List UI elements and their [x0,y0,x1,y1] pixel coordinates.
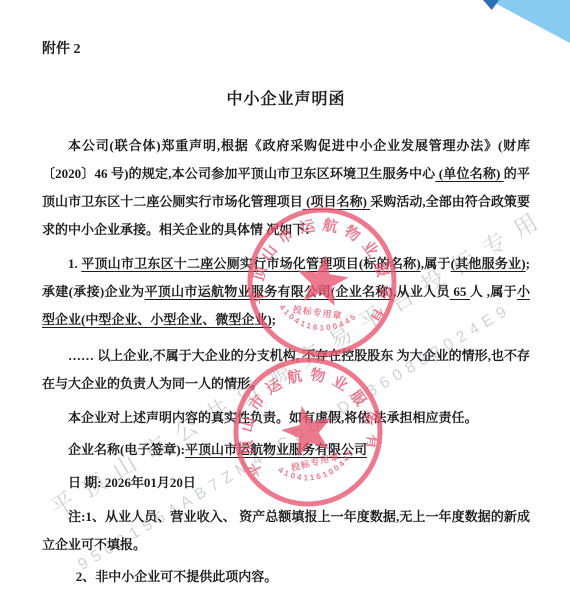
paragraph-not-large-enterprise: …… 以上企业,不属于大企业的分支机构, 不存在控股股东 为大企业的情形,也不存… [42,342,530,398]
paragraph-enterprise-detail: 1. 平顶山市卫东区十二座公厕实行市场化管理项目(标的名称),属于(其他服务业)… [42,250,530,334]
underlined-field: 平顶山市卫东区十二座公厕实行市场化管理项目(标的名称) [81,256,420,271]
attachment-label: 附件 2 [42,36,530,64]
note-1: 注:1、从业人员、营业收入、 资产总额填报上一年度数据,无上一年度数据的新成立企… [42,503,530,559]
company-name: 平顶山市运航物业服务有限公司 [185,442,367,457]
text-segment: 1. [68,256,81,271]
underlined-field: 平顶山市运航物业服务有限公司(企业名称) [144,284,393,299]
document-title: 中小企业声明函 [42,86,530,114]
text-segment: ,属于 [421,256,451,271]
declaration-document: 附件 2 中小企业声明函 本公司(联合体)郑重声明,根据《政府采购促进中小企业发… [0,0,570,591]
underlined-field: (单位名称) [435,166,503,181]
company-signature-label: 企业名称(电子签章): [68,442,185,457]
underlined-field: 65 [450,284,470,299]
note-2: 2、非中小企业可不提供此项内容。 [42,563,530,591]
underlined-field: (项目名称) [303,194,370,209]
underlined-field: (其他服务业) [451,256,526,271]
company-signature-line: 企业名称(电子签章):平顶山市运航物业服务有限公司 [42,436,530,464]
date-line: 日 期: 2026年01月20日 [42,469,530,497]
text-segment: 人 ,属于 [470,284,517,299]
text-segment: ; [272,312,276,327]
paragraph-declaration: 本公司(联合体)郑重声明,根据《政府采购促进中小企业发展管理办法》(财库〔202… [42,132,530,244]
text-segment: ,从业人员 [393,284,450,299]
paragraph-responsibility: 本企业对上述声明内容的真实性负责。如有虚假,将依 法承担相应责任。 [42,404,530,432]
